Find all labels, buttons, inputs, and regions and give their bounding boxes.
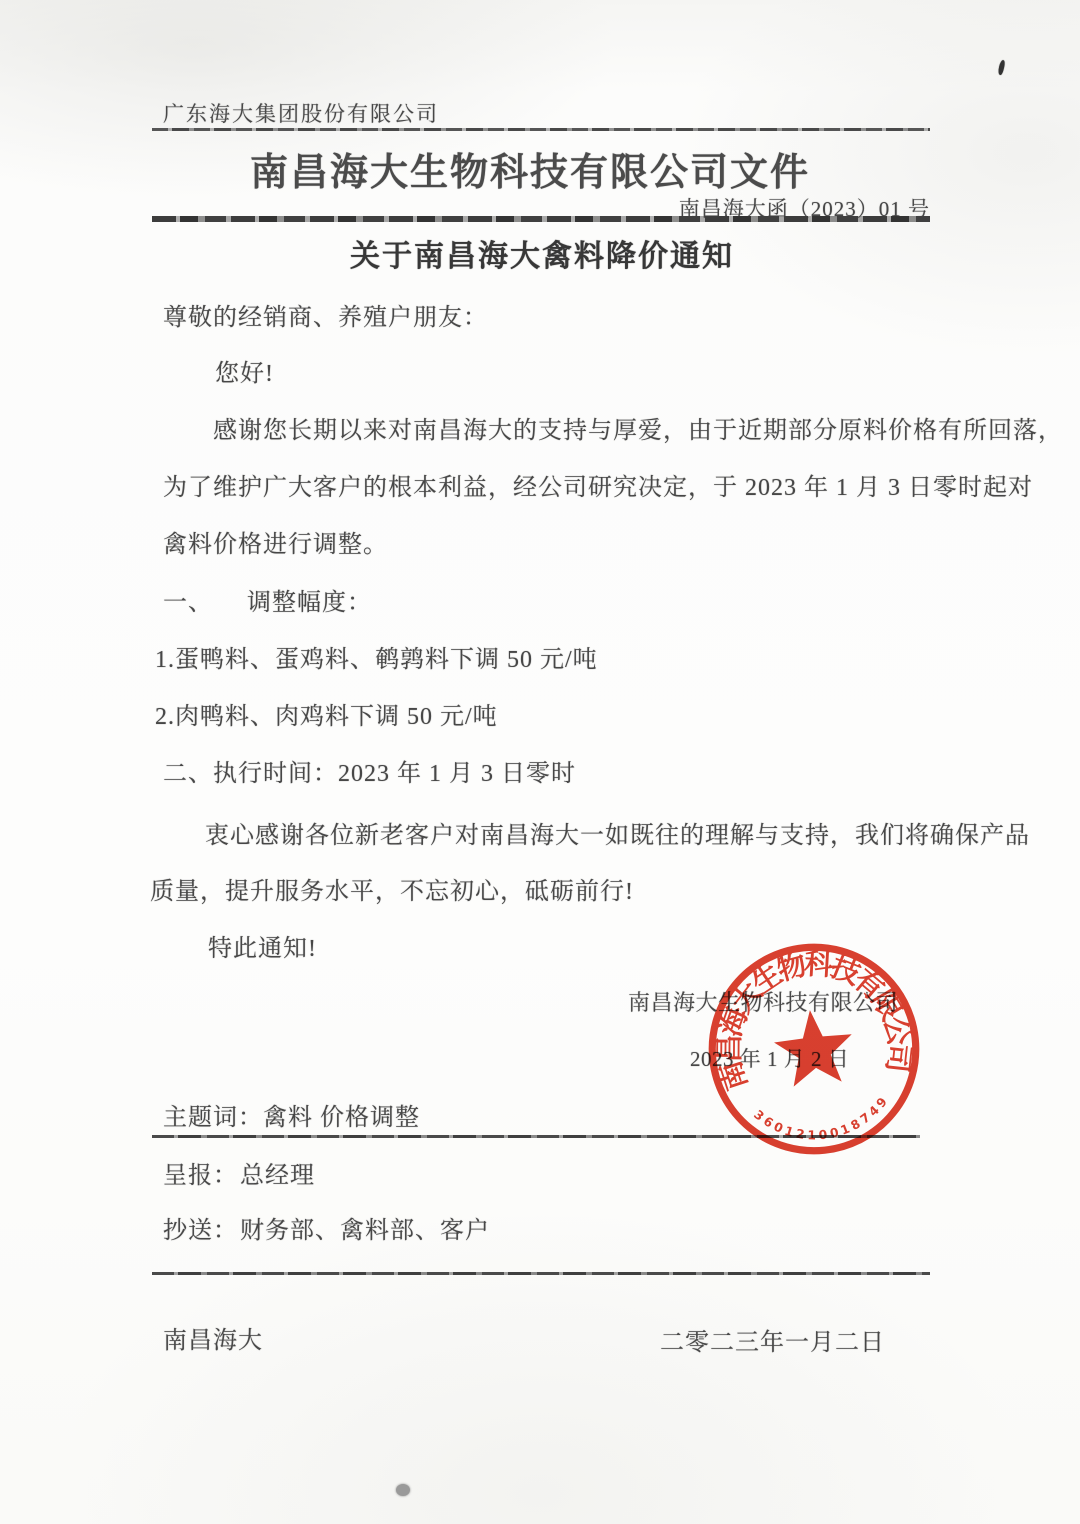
paragraph1-line2: 为了维护广大客户的根本利益，经公司研究决定，于 2023 年 1 月 3 日零时… — [163, 467, 1033, 502]
notice-title: 关于南昌海大禽料降价通知 — [132, 231, 952, 275]
official-seal-stamp: 南昌海大生物科技有限公司 3601210018749 — [692, 927, 936, 1171]
report-to-value: 总经理 — [240, 1155, 315, 1190]
scanned-document-page: 广东海大集团股份有限公司 南昌海大生物科技有限公司文件 南昌海大函（2023）0… — [0, 0, 1080, 1524]
greeting: 您好! — [215, 353, 274, 388]
meta-rule-bottom — [152, 1272, 930, 1275]
paragraph1-line1: 感谢您长期以来对南昌海大的支持与厚爱，由于近期部分原料价格有所回落， — [213, 410, 1063, 445]
seal-star-icon — [771, 1006, 856, 1088]
list-item-2: 2.肉鸭料、肉鸡料下调 50 元/吨 — [155, 696, 498, 731]
cc-label: 抄送： — [163, 1210, 238, 1245]
paragraph2-line2: 质量，提升服务水平，不忘初心，砥砺前行! — [150, 871, 634, 906]
closing-line: 特此通知! — [208, 928, 317, 963]
footer-date: 二零二三年一月二日 — [660, 1322, 885, 1357]
salutation: 尊敬的经销商、养殖户朋友： — [163, 297, 488, 332]
report-to-label: 呈报： — [163, 1155, 238, 1190]
section2-line: 二、执行时间：2023 年 1 月 3 日零时 — [163, 753, 576, 788]
footer-company: 南昌海大 — [163, 1320, 263, 1355]
subject-keywords-value: 禽料 价格调整 — [263, 1097, 420, 1132]
subject-keywords-label: 主题词： — [163, 1097, 263, 1132]
scan-dot-artifact — [396, 1484, 410, 1496]
header-rule-thick — [152, 216, 930, 222]
section1-number: 一、 — [163, 582, 213, 617]
list-item-1: 1.蛋鸭料、蛋鸡料、鹌鹑料下调 50 元/吨 — [155, 639, 598, 674]
document-title: 南昌海大生物科技有限公司文件 — [130, 141, 930, 196]
paragraph2-line1: 衷心感谢各位新老客户对南昌海大一如既往的理解与支持，我们将确保产品 — [205, 815, 1030, 850]
org-header: 广东海大集团股份有限公司 — [163, 98, 439, 128]
section1-title: 调整幅度： — [247, 582, 372, 617]
scan-speck-mark — [997, 60, 1005, 76]
cc-value: 财务部、禽料部、客户 — [240, 1210, 490, 1245]
paragraph1-line3: 禽料价格进行调整。 — [163, 524, 388, 559]
header-rule-thin — [152, 128, 930, 131]
